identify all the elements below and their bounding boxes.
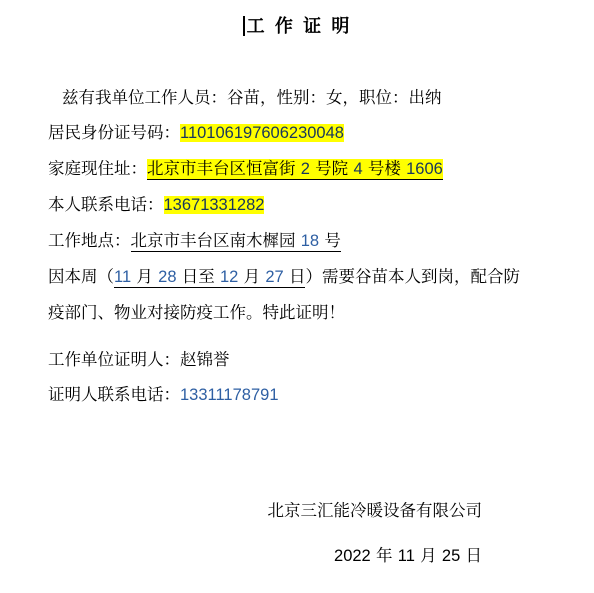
certifier-phone-value: 13311178791 — [180, 386, 279, 404]
home-address-number: 1606 — [406, 160, 443, 178]
line-certifier-phone: 证明人联系电话：13311178791 — [48, 377, 558, 413]
intro-text: 兹有我单位工作人员：谷苗，性别：女，职位：出纳 — [62, 88, 442, 107]
id-number-label: 居民身份证号码： — [48, 123, 180, 142]
line-home-address: 家庭现住址：北京市丰台区恒富街 2 号院 4 号楼 1606 — [48, 151, 558, 187]
date-range: 11 月 28 日至 12 月 27 日 — [114, 267, 305, 288]
date-range-number: 11 — [114, 268, 131, 286]
date-range-number: 12 — [220, 268, 238, 286]
line-id-number: 居民身份证号码：110106197606230048 — [48, 115, 558, 151]
line-intro: 兹有我单位工作人员：谷苗，性别：女，职位：出纳 — [48, 80, 558, 115]
signature-block: 北京三汇能冷暖设备有限公司 2022 年 11 月 25 日 — [0, 499, 594, 568]
date-range-part: 日至 — [177, 267, 221, 286]
date-year: 2022 — [334, 547, 371, 565]
date-range-part: 日 — [284, 267, 306, 286]
text-cursor — [243, 16, 245, 36]
personal-phone-value: 13671331282 — [164, 196, 265, 214]
work-address-number: 18 — [301, 232, 319, 250]
document-page[interactable]: 工 作 证 明 兹有我单位工作人员：谷苗，性别：女，职位：出纳 居民身份证号码：… — [0, 0, 594, 593]
home-address-part: 号楼 — [363, 159, 407, 178]
home-address-part: 北京市丰台区恒富街 — [147, 159, 301, 178]
line-reason-1: 因本周（11 月 28 日至 12 月 27 日）需要谷苗本人到岗，配合防 — [48, 259, 558, 295]
date-range-part: 月 — [238, 267, 265, 286]
reason-suffix: ）需要谷苗本人到岗，配合防 — [305, 267, 520, 286]
reason-continued: 疫部门、物业对接防疫工作。特此证明！ — [48, 303, 345, 322]
date-part: 月 — [415, 546, 442, 565]
date-day: 25 — [442, 547, 460, 565]
line-personal-phone: 本人联系电话：13671331282 — [48, 187, 558, 223]
document-title: 工 作 证 明 — [0, 0, 594, 38]
work-address-label: 工作地点： — [48, 231, 131, 250]
line-reason-2: 疫部门、物业对接防疫工作。特此证明！ — [48, 295, 558, 330]
work-address-part: 号 — [319, 231, 341, 250]
id-number-value: 110106197606230048 — [180, 124, 344, 142]
line-certifier: 工作单位证明人：赵锦誉 — [48, 342, 558, 377]
certifier-text: 工作单位证明人：赵锦誉 — [48, 350, 230, 369]
home-address-number: 4 — [353, 160, 362, 178]
home-address-part: 号院 — [310, 159, 354, 178]
home-address-value: 北京市丰台区恒富街 2 号院 4 号楼 1606 — [147, 159, 443, 180]
home-address-label: 家庭现住址： — [48, 159, 147, 178]
date-range-number: 27 — [265, 268, 283, 286]
date-part: 日 — [460, 546, 482, 565]
home-address-number: 2 — [301, 160, 310, 178]
personal-phone-label: 本人联系电话： — [48, 195, 164, 214]
document-body: 兹有我单位工作人员：谷苗，性别：女，职位：出纳 居民身份证号码：11010619… — [0, 80, 594, 413]
company-name: 北京三汇能冷暖设备有限公司 — [0, 499, 482, 523]
date-range-number: 28 — [158, 268, 176, 286]
work-address-part: 北京市丰台区南木樨园 — [131, 231, 301, 250]
document-title-text: 工 作 证 明 — [247, 16, 352, 37]
work-address-value: 北京市丰台区南木樨园 18 号 — [131, 231, 341, 252]
signature-date: 2022 年 11 月 25 日 — [0, 544, 482, 568]
reason-prefix: 因本周（ — [48, 267, 114, 286]
line-work-address: 工作地点：北京市丰台区南木樨园 18 号 — [48, 223, 558, 259]
date-range-part: 月 — [131, 267, 158, 286]
date-part: 年 — [371, 546, 398, 565]
certifier-phone-label: 证明人联系电话： — [48, 385, 180, 404]
date-month: 11 — [398, 547, 415, 565]
